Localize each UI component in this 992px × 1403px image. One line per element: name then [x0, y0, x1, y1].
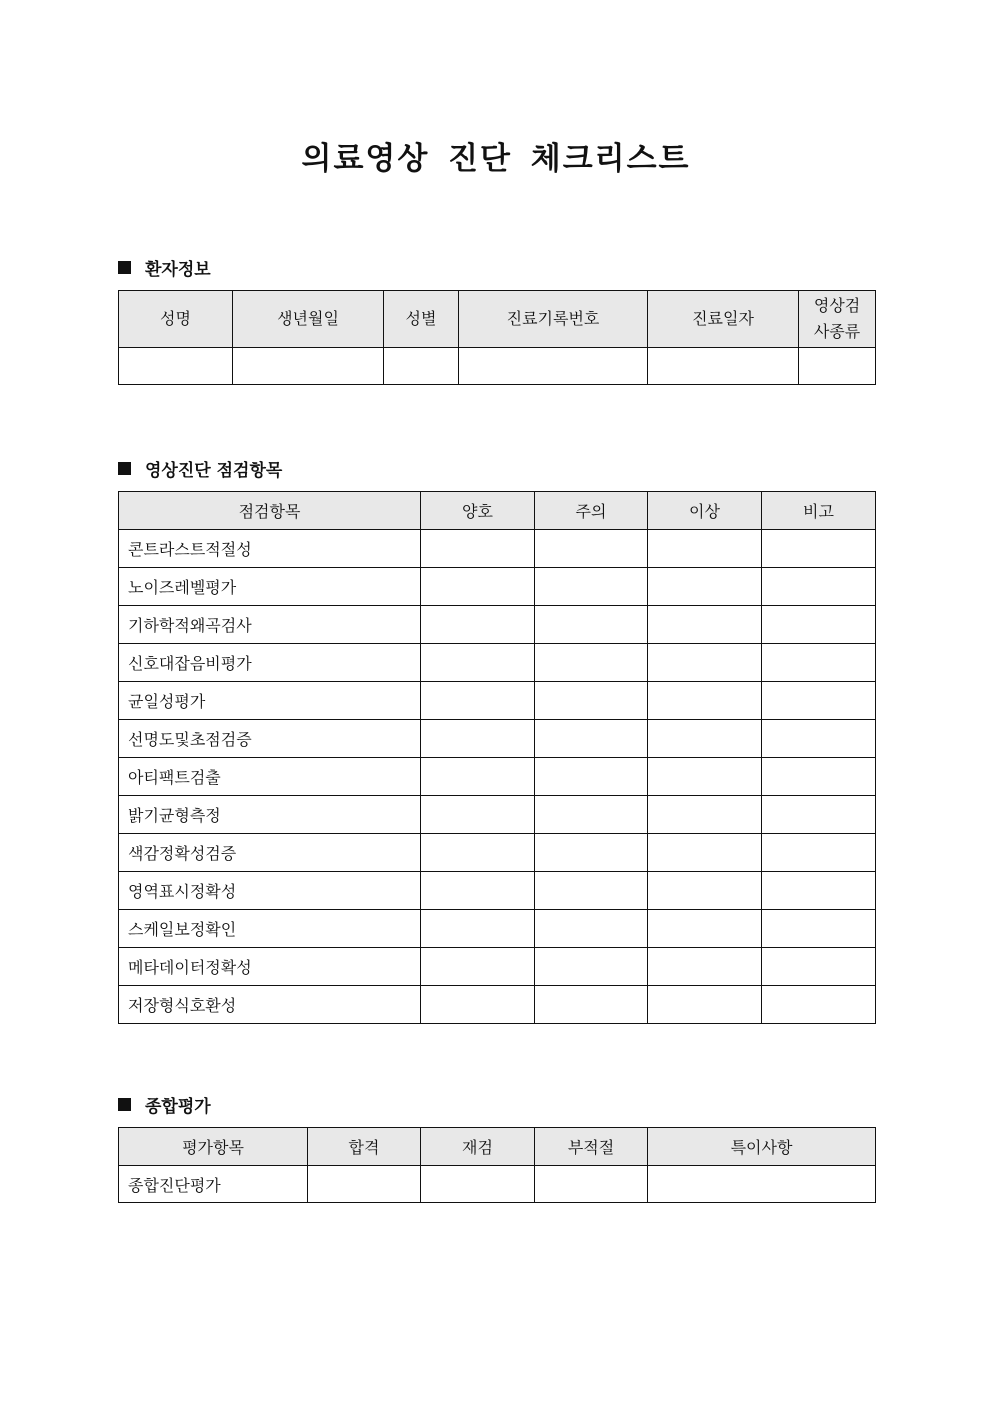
note-cell[interactable] — [762, 682, 876, 720]
good-cell[interactable] — [421, 530, 535, 568]
good-cell[interactable] — [421, 948, 535, 986]
visit-date-field[interactable] — [648, 348, 799, 385]
abnormal-cell[interactable] — [648, 796, 762, 834]
good-cell[interactable] — [421, 910, 535, 948]
note-cell[interactable] — [762, 568, 876, 606]
good-cell[interactable] — [421, 644, 535, 682]
column-header-item: 점검항목 — [119, 492, 421, 530]
table-row — [119, 348, 876, 385]
table-row: 아티팩트검출 — [119, 758, 876, 796]
table-row: 선명도및초점검증 — [119, 720, 876, 758]
item-label: 노이즈레벨평가 — [119, 568, 421, 606]
patient-info-table: 성명 생년월일 성별 진료기록번호 진료일자 영상검 사종류 — [118, 290, 876, 385]
square-bullet-icon — [118, 462, 131, 475]
caution-cell[interactable] — [535, 872, 648, 910]
section-heading-patient-info: 환자정보 — [118, 255, 211, 280]
column-header-birthdate: 생년월일 — [233, 291, 384, 348]
caution-cell[interactable] — [535, 796, 648, 834]
table-row: 균일성평가 — [119, 682, 876, 720]
caution-cell[interactable] — [535, 644, 648, 682]
table-row: 메타데이터정확성 — [119, 948, 876, 986]
section-heading-inspection: 영상진단 점검항목 — [118, 456, 282, 481]
good-cell[interactable] — [421, 568, 535, 606]
note-cell[interactable] — [762, 606, 876, 644]
name-field[interactable] — [119, 348, 233, 385]
item-label: 균일성평가 — [119, 682, 421, 720]
square-bullet-icon — [118, 261, 131, 274]
caution-cell[interactable] — [535, 758, 648, 796]
table-row: 저장형식호환성 — [119, 986, 876, 1024]
note-cell[interactable] — [762, 986, 876, 1024]
good-cell[interactable] — [421, 872, 535, 910]
abnormal-cell[interactable] — [648, 948, 762, 986]
note-cell[interactable] — [762, 834, 876, 872]
note-cell[interactable] — [762, 720, 876, 758]
abnormal-cell[interactable] — [648, 834, 762, 872]
abnormal-cell[interactable] — [648, 720, 762, 758]
good-cell[interactable] — [421, 758, 535, 796]
note-cell[interactable] — [762, 796, 876, 834]
record-number-field[interactable] — [459, 348, 648, 385]
item-label: 선명도및초점검증 — [119, 720, 421, 758]
table-header-row: 평가항목 합격 재검 부적절 특이사항 — [119, 1128, 876, 1166]
caution-cell[interactable] — [535, 948, 648, 986]
table-row: 신호대잡음비평가 — [119, 644, 876, 682]
good-cell[interactable] — [421, 796, 535, 834]
inappropriate-cell[interactable] — [535, 1166, 648, 1203]
column-header-sex: 성별 — [384, 291, 459, 348]
table-row: 밝기균형측정 — [119, 796, 876, 834]
table-row: 콘트라스트적절성 — [119, 530, 876, 568]
item-label: 콘트라스트적절성 — [119, 530, 421, 568]
caution-cell[interactable] — [535, 568, 648, 606]
overall-evaluation-table: 평가항목 합격 재검 부적절 특이사항 종합진단평가 — [118, 1127, 876, 1203]
note-cell[interactable] — [762, 910, 876, 948]
item-label: 저장형식호환성 — [119, 986, 421, 1024]
exam-type-field[interactable] — [799, 348, 876, 385]
good-cell[interactable] — [421, 986, 535, 1024]
good-cell[interactable] — [421, 720, 535, 758]
column-header-name: 성명 — [119, 291, 233, 348]
abnormal-cell[interactable] — [648, 568, 762, 606]
column-header-exam-type-line2: 사종류 — [799, 319, 875, 345]
section-heading-overall: 종합평가 — [118, 1092, 211, 1117]
item-label: 스케일보정확인 — [119, 910, 421, 948]
column-header-remarks: 특이사항 — [648, 1128, 876, 1166]
recheck-cell[interactable] — [421, 1166, 535, 1203]
section-heading-label: 종합평가 — [145, 1092, 211, 1117]
column-header-note: 비고 — [762, 492, 876, 530]
column-header-record-number: 진료기록번호 — [459, 291, 648, 348]
section-heading-label: 환자정보 — [145, 255, 211, 280]
abnormal-cell[interactable] — [648, 872, 762, 910]
column-header-abnormal: 이상 — [648, 492, 762, 530]
caution-cell[interactable] — [535, 606, 648, 644]
birthdate-field[interactable] — [233, 348, 384, 385]
abnormal-cell[interactable] — [648, 910, 762, 948]
item-label: 색감정확성검증 — [119, 834, 421, 872]
sex-field[interactable] — [384, 348, 459, 385]
column-header-exam-type-line1: 영상검 — [799, 293, 875, 319]
column-header-pass: 합격 — [308, 1128, 421, 1166]
table-row: 영역표시정확성 — [119, 872, 876, 910]
abnormal-cell[interactable] — [648, 986, 762, 1024]
column-header-recheck: 재검 — [421, 1128, 535, 1166]
table-header-row: 점검항목 양호 주의 이상 비고 — [119, 492, 876, 530]
note-cell[interactable] — [762, 530, 876, 568]
square-bullet-icon — [118, 1098, 131, 1111]
table-row: 종합진단평가 — [119, 1166, 876, 1203]
column-header-eval-item: 평가항목 — [119, 1128, 308, 1166]
column-header-good: 양호 — [421, 492, 535, 530]
caution-cell[interactable] — [535, 986, 648, 1024]
page-title: 의료영상 진단 체크리스트 — [0, 133, 992, 178]
item-label: 영역표시정확성 — [119, 872, 421, 910]
abnormal-cell[interactable] — [648, 530, 762, 568]
item-label: 아티팩트검출 — [119, 758, 421, 796]
column-header-caution: 주의 — [535, 492, 648, 530]
table-header-row: 성명 생년월일 성별 진료기록번호 진료일자 영상검 사종류 — [119, 291, 876, 348]
abnormal-cell[interactable] — [648, 758, 762, 796]
item-label: 기하학적왜곡검사 — [119, 606, 421, 644]
caution-cell[interactable] — [535, 834, 648, 872]
good-cell[interactable] — [421, 682, 535, 720]
abnormal-cell[interactable] — [648, 606, 762, 644]
abnormal-cell[interactable] — [648, 644, 762, 682]
eval-item-label: 종합진단평가 — [119, 1166, 308, 1203]
note-cell[interactable] — [762, 644, 876, 682]
caution-cell[interactable] — [535, 720, 648, 758]
column-header-exam-type: 영상검 사종류 — [799, 291, 876, 348]
caution-cell[interactable] — [535, 530, 648, 568]
section-heading-label: 영상진단 점검항목 — [145, 456, 282, 481]
table-row: 기하학적왜곡검사 — [119, 606, 876, 644]
good-cell[interactable] — [421, 834, 535, 872]
item-label: 신호대잡음비평가 — [119, 644, 421, 682]
note-cell[interactable] — [762, 872, 876, 910]
column-header-visit-date: 진료일자 — [648, 291, 799, 348]
remarks-cell[interactable] — [648, 1166, 876, 1203]
good-cell[interactable] — [421, 606, 535, 644]
item-label: 메타데이터정확성 — [119, 948, 421, 986]
item-label: 밝기균형측정 — [119, 796, 421, 834]
table-row: 스케일보정확인 — [119, 910, 876, 948]
table-row: 색감정확성검증 — [119, 834, 876, 872]
caution-cell[interactable] — [535, 910, 648, 948]
column-header-inappropriate: 부적절 — [535, 1128, 648, 1166]
note-cell[interactable] — [762, 948, 876, 986]
note-cell[interactable] — [762, 758, 876, 796]
caution-cell[interactable] — [535, 682, 648, 720]
abnormal-cell[interactable] — [648, 682, 762, 720]
inspection-table: 점검항목 양호 주의 이상 비고 콘트라스트적절성 노이즈레벨평가 기하학적왜곡… — [118, 491, 876, 1024]
table-row: 노이즈레벨평가 — [119, 568, 876, 606]
pass-cell[interactable] — [308, 1166, 421, 1203]
